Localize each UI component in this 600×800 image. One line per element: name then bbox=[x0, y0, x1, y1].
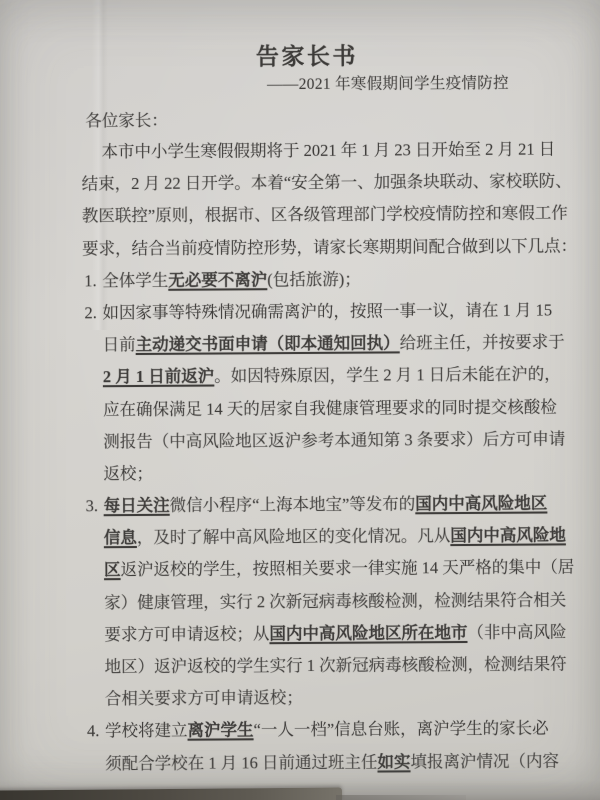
list-number: 1. bbox=[84, 265, 97, 297]
text-line: 3.每日关注微信小程序“上海本地宝”等发布的国内中高风险地区 bbox=[104, 488, 536, 523]
text-segment: “一人一档”信息台账，离沪学生的家长必 bbox=[253, 719, 548, 740]
text-segment: 微信小程序“上海本地宝”等发布的 bbox=[170, 494, 416, 515]
text-line: 2 月 1 日前返沪。如因特殊原因，学生 2 月 1 日后未能在沪的， bbox=[103, 359, 535, 394]
text-segment: 日前 bbox=[103, 335, 136, 354]
list-number: 3. bbox=[86, 490, 99, 522]
text-line: 2.如因家事等特殊情况确需离沪的，按照一事一议，请在 1 月 15 bbox=[102, 295, 534, 330]
document-content: 告家长书 ——2021 年寒假期间学生疫情防控 各位家长： 本市中小学生寒假假期… bbox=[0, 0, 600, 800]
text-segment: 教医联控”原则，根据市、区各级管理部门学校疫情防控和寒假工作 bbox=[82, 204, 568, 226]
list-item-4: 4.学校将建立离沪学生“一人一档”信息台账，离沪学生的家长必须配合学校在 1 月… bbox=[105, 713, 537, 780]
text-line: 合相关要求方可申请返校； bbox=[105, 681, 537, 716]
list-item-1: 1.全体学生无必要不离沪(包括旅游)； bbox=[102, 262, 534, 297]
text-segment: 本市中小学生寒假假期将于 2021 年 1 月 23 日开始至 2 月 21 日 bbox=[101, 139, 555, 161]
text-segment: 返校； bbox=[103, 464, 153, 483]
text-line: 区返沪返校的学生，按照相关要求一律实施 14 天严格的集中（居 bbox=[104, 552, 536, 587]
document-title: 告家长书 bbox=[256, 38, 358, 72]
list-number: 2. bbox=[84, 297, 97, 329]
text-segment: 结束，2 月 22 日开学。本着“安全第一、加强条块联动、家校联防、 bbox=[82, 172, 572, 194]
list-item-3: 3.每日关注微信小程序“上海本地宝”等发布的国内中高风险地区信息，及时了解中高风… bbox=[104, 488, 537, 716]
table-edge-shadow bbox=[0, 787, 342, 800]
text-segment: 如因家事等特殊情况确需离沪的，按照一事一议，请在 1 月 15 bbox=[102, 300, 552, 322]
text-line: 地区）返沪返校的学生实行 1 次新冠病毒核酸检测，检测结果符 bbox=[105, 649, 537, 684]
intro-paragraph: 本市中小学生寒假假期将于 2021 年 1 月 23 日开始至 2 月 21 日… bbox=[81, 134, 534, 266]
text-line: 应在确保满足 14 天的居家自我健康管理要求的同时提交核酸检 bbox=[103, 391, 535, 426]
emphasized-text: 国内中高风险地 bbox=[450, 526, 566, 546]
photographed-document: 告家长书 ——2021 年寒假期间学生疫情防控 各位家长： 本市中小学生寒假假期… bbox=[0, 0, 600, 800]
text-segment: (包括旅游)； bbox=[267, 269, 361, 289]
emphasized-text: 如实 bbox=[377, 752, 410, 771]
text-segment: 返沪返校的学生，按照相关要求一律实施 14 天严格的集中（居 bbox=[120, 558, 574, 580]
text-line: 4.学校将建立离沪学生“一人一档”信息台账，离沪学生的家长必 bbox=[105, 713, 537, 748]
text-line: 信息，及时了解中高风险地区的变化情况。凡从国内中高风险地 bbox=[104, 520, 536, 555]
list-number: 4. bbox=[87, 716, 100, 748]
text-line: 日前主动递交书面申请（即本通知回执）给班主任，并按要求于 bbox=[103, 327, 535, 362]
text-segment: 全体学生 bbox=[102, 271, 168, 290]
emphasized-text: 离沪学生 bbox=[187, 721, 253, 740]
table-edge-shadow-right bbox=[336, 795, 466, 800]
text-segment: ，及时了解中高风险地区的变化情况。凡从 bbox=[137, 526, 451, 547]
list-item-2: 2.如因家事等特殊情况确需离沪的，按照一事一议，请在 1 月 15日前主动递交书… bbox=[102, 295, 535, 491]
text-segment: 。如因特殊原因，学生 2 月 1 日后未能在沪的， bbox=[214, 365, 561, 386]
document-subtitle: ——2021 年寒假期间学生疫情防控 bbox=[267, 71, 509, 94]
emphasized-text: 国内中高风险地区 bbox=[415, 494, 547, 514]
text-line: 家）健康管理，实行 2 次新冠病毒核酸检测，检测结果符合相关 bbox=[104, 584, 536, 619]
text-segment: 应在确保满足 14 天的居家自我健康管理要求的同时提交核酸检 bbox=[103, 397, 557, 419]
text-segment: 要求，结合当前疫情防控形势，请家长寒期期间配合做到以下几点： bbox=[82, 236, 577, 258]
emphasized-text: 每日关注 bbox=[104, 496, 170, 515]
emphasized-text: 国内中高风险地区所在地市 bbox=[269, 623, 467, 643]
salutation: 各位家长： bbox=[85, 107, 168, 132]
text-line: 结束，2 月 22 日开学。本着“安全第一、加强条块联动、家校联防、 bbox=[82, 166, 534, 201]
text-segment: 测报告（中高风险地区返沪参考本通知第 3 条要求）后方可申请 bbox=[103, 429, 565, 451]
emphasized-text: 2 月 1 日前返沪 bbox=[103, 367, 214, 387]
text-segment: 给班主任，并按要求于 bbox=[400, 333, 565, 353]
text-line: 要求方可申请返校；从国内中高风险地区所在地市（非中高风险 bbox=[104, 616, 536, 651]
emphasized-text: 主动递交书面申请（即本通知回执） bbox=[136, 334, 400, 355]
numbered-list: 1.全体学生无必要不离沪(包括旅游)；2.如因家事等特殊情况确需离沪的，按照一事… bbox=[82, 262, 537, 780]
emphasized-text: 无必要不离沪 bbox=[168, 270, 267, 290]
text-line: 须配合学校在 1 月 16 日前通过班主任如实填报离沪情况（内容 bbox=[105, 745, 537, 780]
text-segment: 填报离沪情况（内容 bbox=[410, 751, 559, 771]
emphasized-text: 区 bbox=[104, 561, 121, 580]
emphasized-text: 信息 bbox=[104, 528, 137, 547]
text-line: 要求，结合当前疫情防控形势，请家长寒期期间配合做到以下几点： bbox=[82, 230, 534, 265]
text-segment: 合相关要求方可申请返校； bbox=[105, 688, 303, 708]
text-line: 教医联控”原则，根据市、区各级管理部门学校疫情防控和寒假工作 bbox=[82, 198, 534, 233]
text-segment: （非中高风险 bbox=[467, 622, 566, 642]
text-line: 返校； bbox=[103, 455, 535, 490]
text-line: 测报告（中高风险地区返沪参考本通知第 3 条要求）后方可申请 bbox=[103, 423, 535, 458]
text-line: 1.全体学生无必要不离沪(包括旅游)； bbox=[102, 262, 534, 297]
text-line: 本市中小学生寒假假期将于 2021 年 1 月 23 日开始至 2 月 21 日 bbox=[81, 134, 533, 169]
text-segment: 学校将建立 bbox=[105, 721, 188, 741]
text-segment: 家）健康管理，实行 2 次新冠病毒核酸检测，检测结果符合相关 bbox=[104, 590, 566, 612]
text-segment: 须配合学校在 1 月 16 日前通过班主任 bbox=[105, 752, 377, 773]
document-body: 本市中小学生寒假假期将于 2021 年 1 月 23 日开始至 2 月 21 日… bbox=[81, 134, 537, 780]
text-segment: 地区）返沪返校的学生实行 1 次新冠病毒核酸检测，检测结果符 bbox=[105, 654, 567, 676]
text-segment: 要求方可申请返校；从 bbox=[104, 624, 269, 644]
